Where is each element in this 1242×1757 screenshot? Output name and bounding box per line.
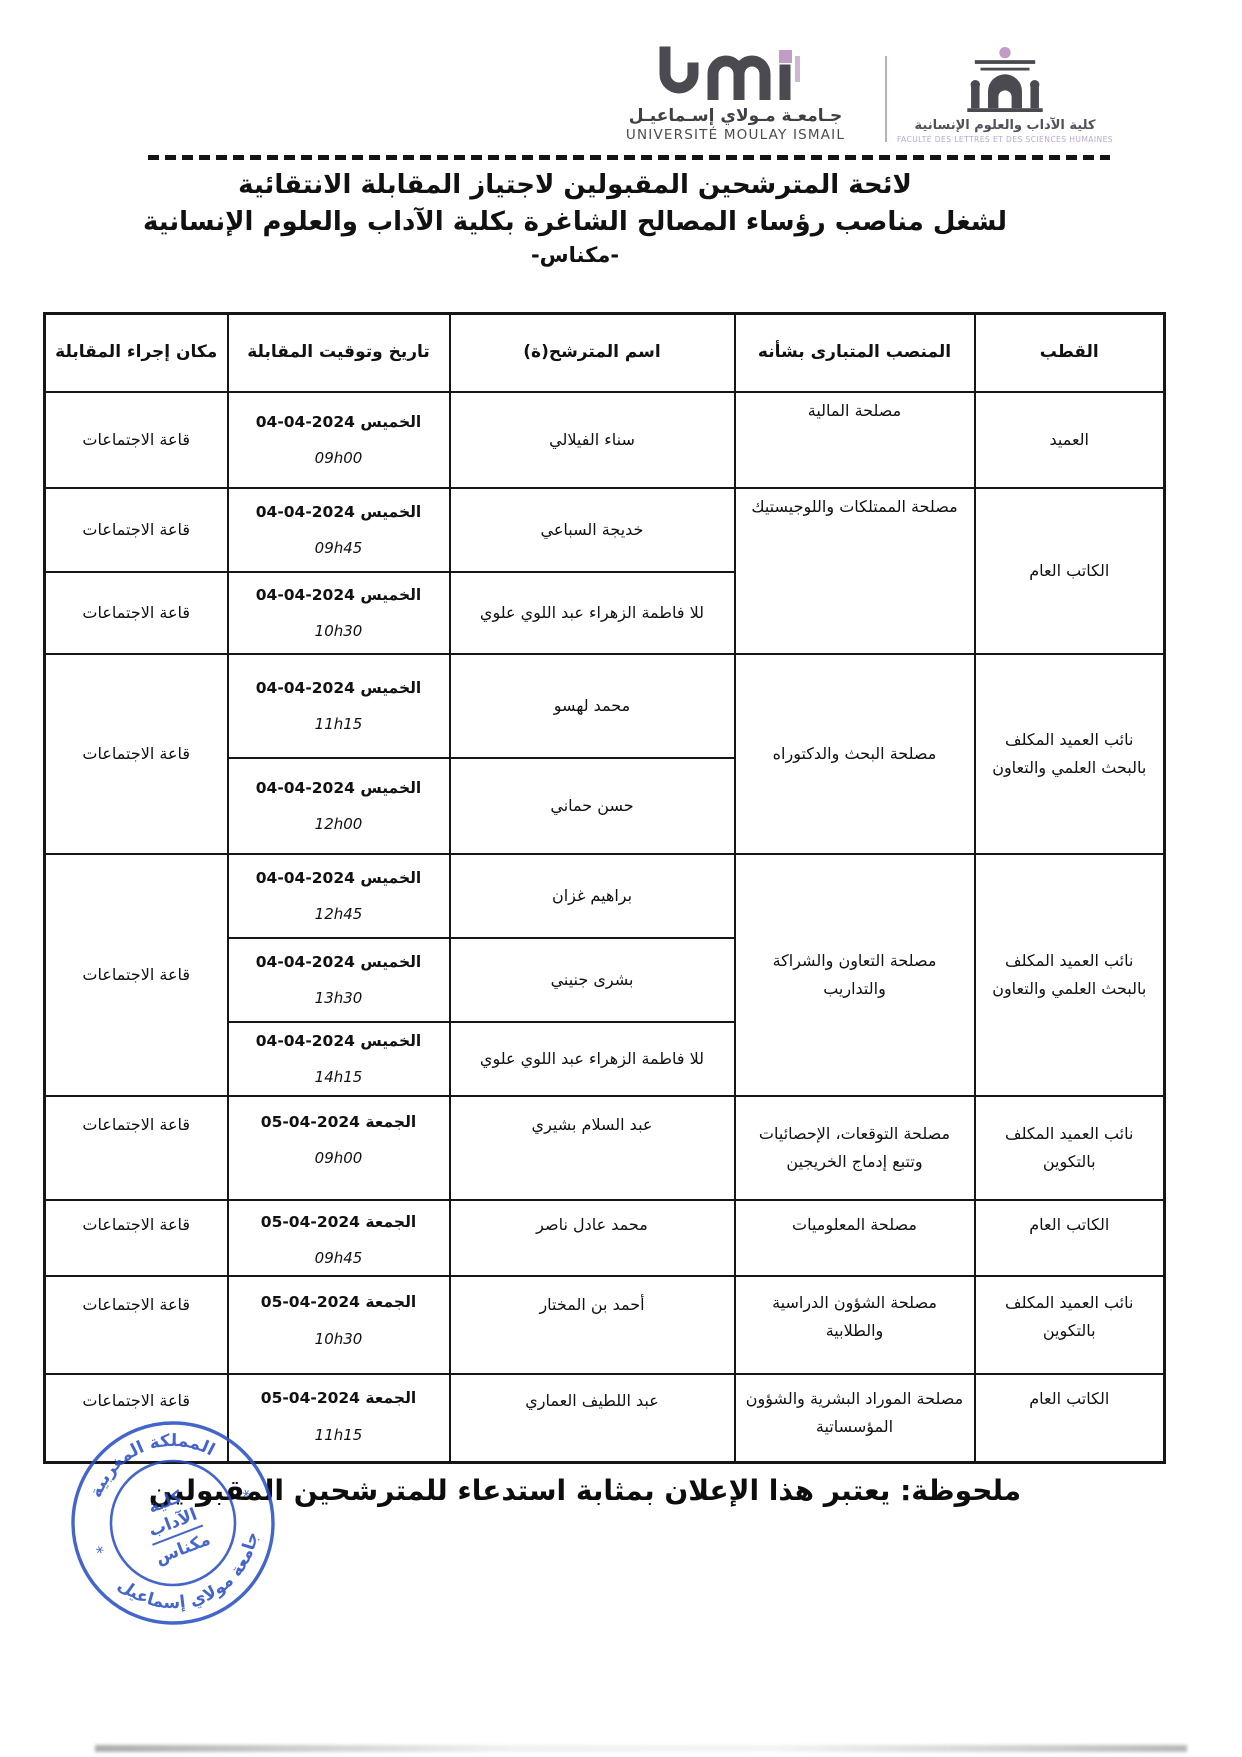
- position-cell: مصلحة التوقعات، الإحصائيات وتتبع إدماج ا…: [735, 1096, 975, 1200]
- candidate-cell: للا فاطمة الزهراء عبد اللوي علوي: [450, 1022, 735, 1096]
- table-header-row: القطب المنصب المتبارى بشأنه اسم المترشح(…: [45, 314, 1165, 393]
- faculty-name-arabic: كلية الآداب والعلوم الإنسانية: [896, 118, 1114, 133]
- university-logo-block: جـامعـة مـولاي إسـماعيـل UNIVERSITÉ MOUL…: [598, 44, 873, 143]
- position-cell: مصلحة الممتلكات واللوجيستيك: [735, 488, 975, 654]
- datetime-cell: الخميس 2024-04-04 10h30: [228, 572, 450, 654]
- location-cell: قاعة الاجتماعات: [45, 854, 228, 1096]
- svg-text:*: *: [240, 1486, 254, 1507]
- datetime-cell: الخميس 2024-04-04 12h00: [228, 758, 450, 854]
- pole-cell: نائب العميد المكلف بالبحث العلمي والتعاو…: [975, 854, 1165, 1096]
- datetime-cell: الخميس 2024-04-04 12h45: [228, 854, 450, 938]
- scan-artifact: [95, 1745, 1187, 1752]
- table-row: نائب العميد المكلف بالبحث العلمي والتعاو…: [45, 854, 1165, 938]
- pole-cell: الكاتب العام: [975, 1374, 1165, 1462]
- candidate-cell: عبد السلام بشيري: [450, 1096, 735, 1200]
- candidate-cell: خديجة السباعي: [450, 488, 735, 572]
- header-location: مكان إجراء المقابلة: [45, 314, 228, 393]
- position-cell: مصلحة المعلوميات: [735, 1200, 975, 1276]
- dashed-separator: [148, 155, 1110, 160]
- candidate-cell: براهيم غزان: [450, 854, 735, 938]
- svg-text:*: *: [94, 1542, 108, 1563]
- university-name-arabic: جـامعـة مـولاي إسـماعيـل: [598, 106, 873, 126]
- candidate-cell: سناء الفيلالي: [450, 392, 735, 488]
- table-row: الكاتب العام مصلحة المعلوميات محمد عادل …: [45, 1200, 1165, 1276]
- position-cell: مصلحة المالية: [735, 392, 975, 488]
- candidate-cell: عبد اللطيف العماري: [450, 1374, 735, 1462]
- pole-cell: العميد: [975, 392, 1165, 488]
- candidate-cell: بشرى جنيني: [450, 938, 735, 1022]
- document-page: جـامعـة مـولاي إسـماعيـل UNIVERSITÉ MOUL…: [0, 0, 1242, 1757]
- datetime-cell: الخميس 2024-04-04 09h45: [228, 488, 450, 572]
- datetime-cell: الخميس 2024-04-04 13h30: [228, 938, 450, 1022]
- table-row: نائب العميد المكلف بالتكوين مصلحة الشؤون…: [45, 1276, 1165, 1374]
- table-row: نائب العميد المكلف بالبحث العلمي والتعاو…: [45, 654, 1165, 758]
- position-cell: مصلحة التعاون والشراكة والتداريب: [735, 854, 975, 1096]
- candidates-table: القطب المنصب المتبارى بشأنه اسم المترشح(…: [43, 312, 1166, 1464]
- faculty-name-french: FACULTÉ DES LETTRES ET DES SCIENCES HUMA…: [896, 135, 1114, 144]
- position-cell: مصلحة الموراد البشرية والشؤون المؤسساتية: [735, 1374, 975, 1462]
- location-cell: قاعة الاجتماعات: [45, 392, 228, 488]
- header-candidate: اسم المترشح(ة): [450, 314, 735, 393]
- candidate-cell: أحمد بن المختار: [450, 1276, 735, 1374]
- location-cell: قاعة الاجتماعات: [45, 654, 228, 854]
- umi-logo-icon: [651, 44, 821, 100]
- datetime-cell: الخميس 2024-04-04 11h15: [228, 654, 450, 758]
- location-cell: قاعة الاجتماعات: [45, 1200, 228, 1276]
- datetime-cell: الخميس 2024-04-04 09h00: [228, 392, 450, 488]
- candidate-cell: حسن حماني: [450, 758, 735, 854]
- title-line-2: لشغل مناصب رؤساء المصالح الشاغرة بكلية ا…: [0, 207, 1150, 237]
- datetime-cell: الجمعة 2024-04-05 09h00: [228, 1096, 450, 1200]
- faculty-logo-icon: [953, 46, 1057, 112]
- title-line-1: لائحة المترشحين المقبولين لاجتياز المقاب…: [0, 170, 1150, 200]
- university-name-french: UNIVERSITÉ MOULAY ISMAIL: [598, 127, 873, 143]
- table-row: الكاتب العام مصلحة الممتلكات واللوجيستيك…: [45, 488, 1165, 572]
- location-cell: قاعة الاجتماعات: [45, 488, 228, 572]
- title-line-3: -مكناس-: [0, 243, 1150, 267]
- candidate-cell: محمد لهسو: [450, 654, 735, 758]
- header-divider: [885, 56, 887, 142]
- candidate-cell: للا فاطمة الزهراء عبد اللوي علوي: [450, 572, 735, 654]
- location-cell: قاعة الاجتماعات: [45, 572, 228, 654]
- table-row: العميد مصلحة المالية سناء الفيلالي الخمي…: [45, 392, 1165, 488]
- datetime-cell: الجمعة 2024-04-05 10h30: [228, 1276, 450, 1374]
- pole-cell: نائب العميد المكلف بالتكوين: [975, 1096, 1165, 1200]
- position-cell: مصلحة الشؤون الدراسية والطلابية: [735, 1276, 975, 1374]
- candidate-cell: محمد عادل ناصر: [450, 1200, 735, 1276]
- table-row: نائب العميد المكلف بالتكوين مصلحة التوقع…: [45, 1096, 1165, 1200]
- pole-cell: نائب العميد المكلف بالتكوين: [975, 1276, 1165, 1374]
- umi-logo-accent-dot: [779, 50, 792, 63]
- document-titles: لائحة المترشحين المقبولين لاجتياز المقاب…: [0, 170, 1150, 267]
- location-cell: قاعة الاجتماعات: [45, 1096, 228, 1200]
- pole-cell: نائب العميد المكلف بالبحث العلمي والتعاو…: [975, 654, 1165, 854]
- position-cell: مصلحة البحث والدكتوراه: [735, 654, 975, 854]
- location-cell: قاعة الاجتماعات: [45, 1276, 228, 1374]
- pole-cell: الكاتب العام: [975, 488, 1165, 654]
- datetime-cell: الجمعة 2024-04-05 09h45: [228, 1200, 450, 1276]
- datetime-cell: الخميس 2024-04-04 14h15: [228, 1022, 450, 1096]
- header-pole: القطب: [975, 314, 1165, 393]
- faculty-logo-block: كلية الآداب والعلوم الإنسانية FACULTÉ DE…: [896, 46, 1114, 144]
- header-position: المنصب المتبارى بشأنه: [735, 314, 975, 393]
- pole-cell: الكاتب العام: [975, 1200, 1165, 1276]
- header-datetime: تاريخ وتوقيت المقابلة: [228, 314, 450, 393]
